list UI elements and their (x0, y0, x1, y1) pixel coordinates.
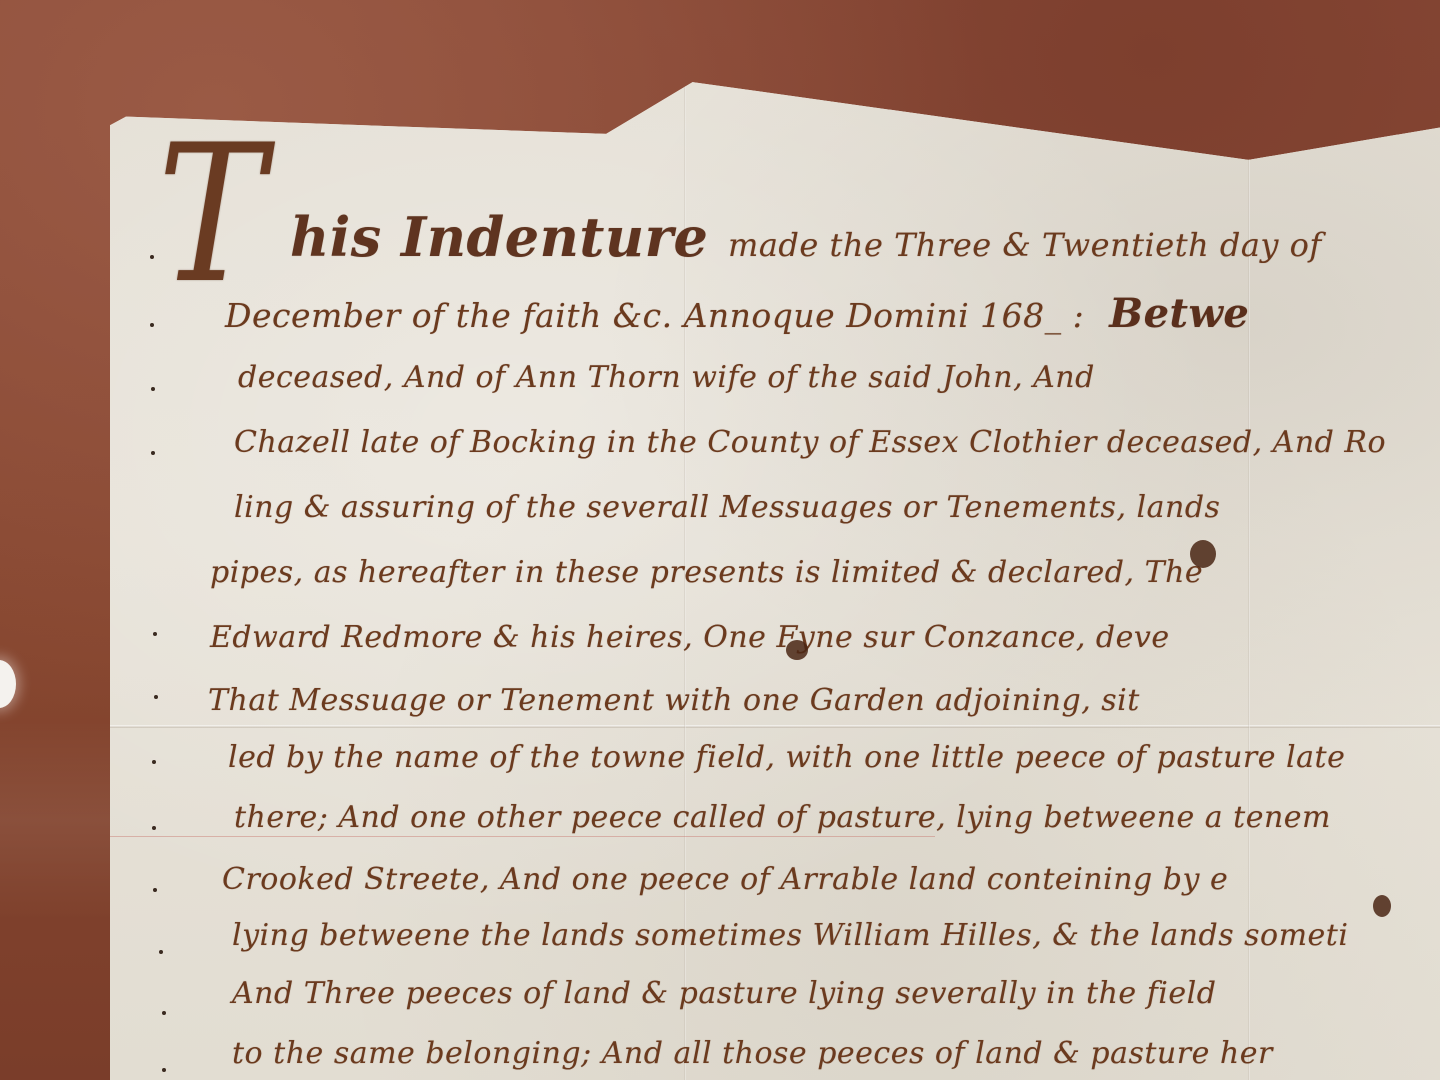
text-line-6: pipes, as hereafter in these presents is… (210, 555, 1203, 590)
ink-blot (1190, 540, 1216, 568)
ink-blot (1373, 895, 1391, 917)
ink-blot (786, 640, 808, 660)
text-line-12: lying betweene the lands sometimes Willi… (232, 918, 1348, 953)
light-glare (0, 660, 16, 708)
text-line-10: there; And one other peece called of pas… (234, 800, 1331, 835)
indenture-document: T his Indenture made the Three & Twentie… (110, 0, 1440, 1080)
text-line-9: led by the name of the towne field, with… (228, 740, 1345, 775)
text-line-13: And Three peeces of land & pasture lying… (232, 976, 1216, 1011)
glass-reflection (0, 720, 110, 920)
text-line-2: December of the faith &c. Annoque Domini… (225, 290, 1249, 337)
text-line-14: to the same belonging; And all those pee… (232, 1036, 1273, 1071)
text-line-4: Chazell late of Bocking in the County of… (234, 425, 1386, 460)
document-heading: his Indenture (290, 205, 708, 269)
text-line-7: Edward Redmore & his heires, One Fyne su… (210, 620, 1170, 655)
text-line-11: Crooked Streete, And one peece of Arrabl… (222, 862, 1228, 897)
text-line-3: deceased, And of Ann Thorn wife of the s… (238, 360, 1095, 395)
handwritten-text: T his Indenture made the Three & Twentie… (110, 0, 1440, 1080)
text-line-1: his Indenture made the Three & Twentieth… (290, 205, 1322, 269)
text-line-5: ling & assuring of the severall Messuage… (234, 490, 1220, 525)
decorated-initial: T (158, 120, 266, 310)
text-line-8: That Messuage or Tenement with one Garde… (208, 683, 1140, 718)
